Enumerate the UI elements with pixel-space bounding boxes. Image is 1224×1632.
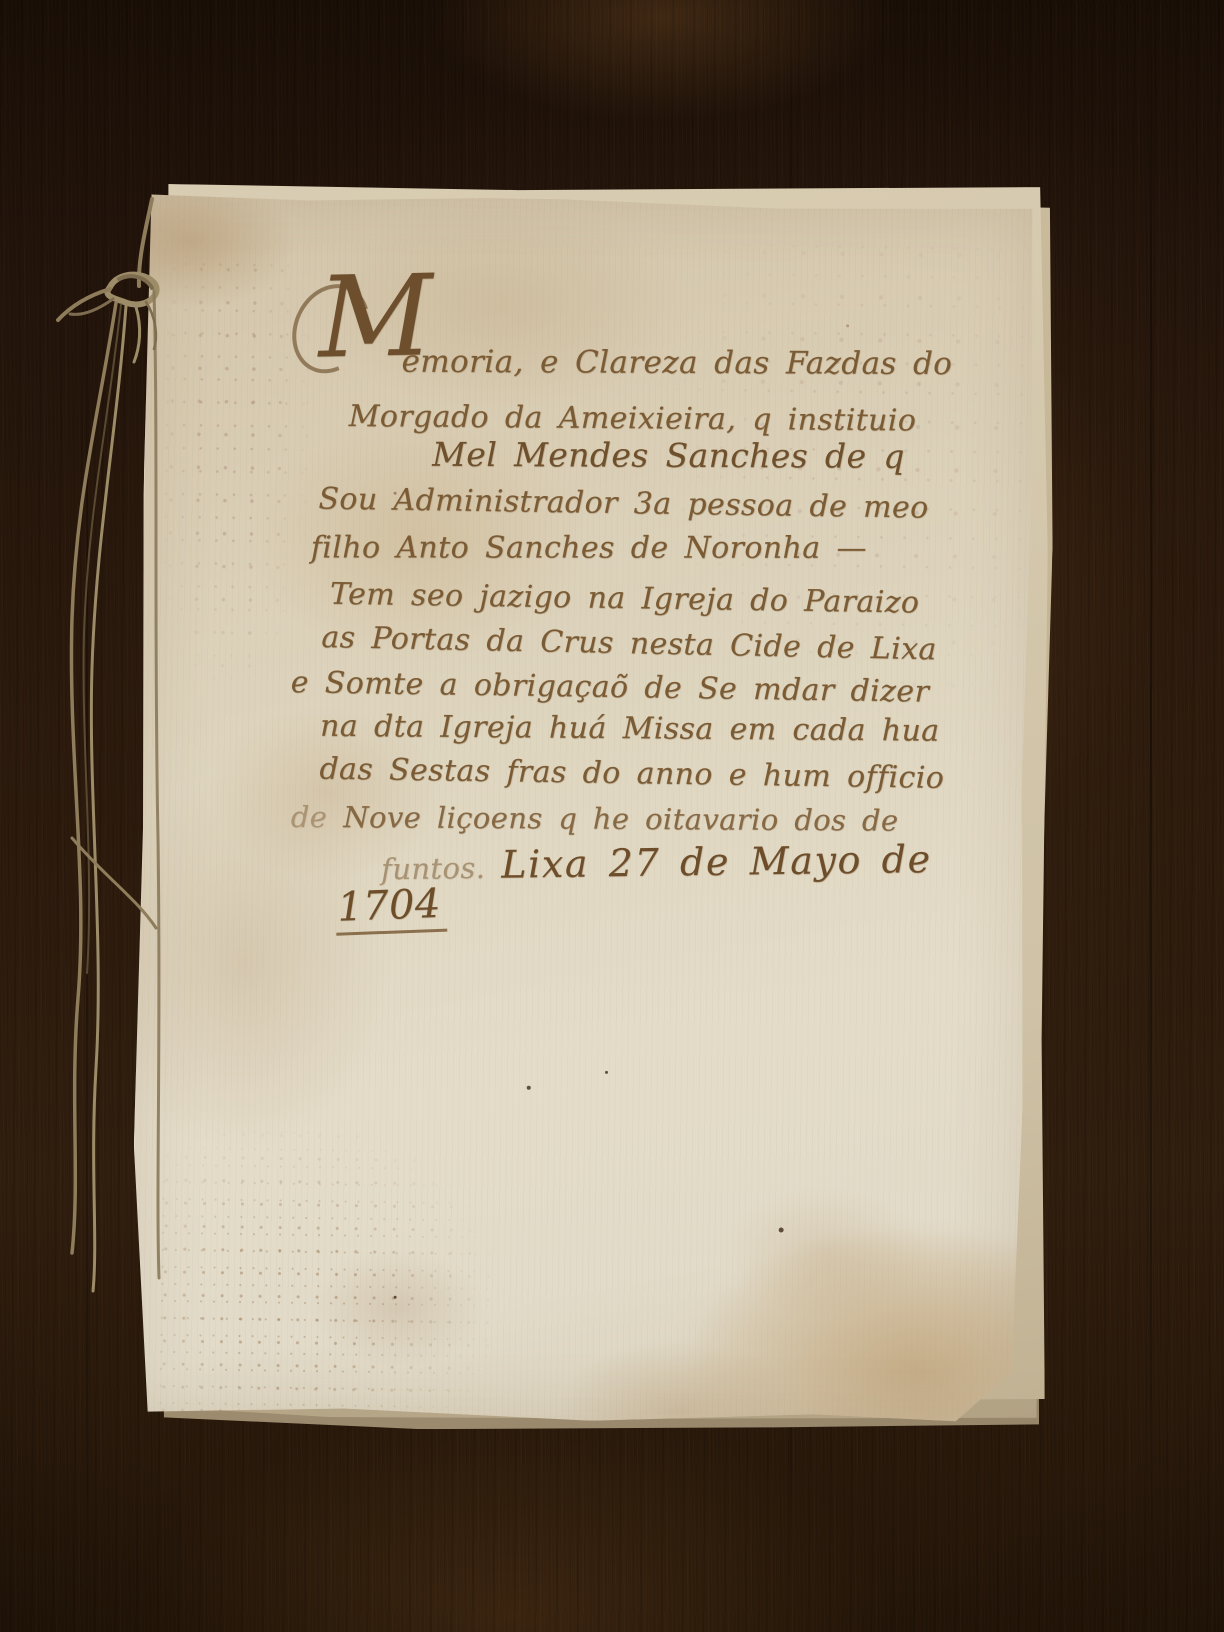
ink-speck [394, 1296, 397, 1299]
ink-speck [779, 1227, 784, 1232]
faded-word: de [291, 800, 328, 834]
manuscript-line-2: Morgado da Ameixieira, q instituio [349, 400, 917, 439]
twine-knot [107, 275, 156, 305]
manuscript-year: 1704 [334, 881, 447, 936]
manuscript-line-11: deNove liçoens q he oitavario dos de [291, 801, 899, 838]
manuscript-line-7: as Portas da Crus nesta Cide de Lixa [321, 621, 937, 668]
twine-strand [72, 838, 156, 928]
twine-strand [154, 291, 159, 1278]
manuscript-line-6: Tem seo jazigo na Igreja do Paraizo [330, 578, 920, 621]
manuscript-date-line: funtos.Lixa 27 de Mayo de [381, 838, 932, 889]
manuscript-line-1: emoria, e Clareza das Fazdas do [401, 345, 952, 383]
ink-speck [846, 324, 849, 327]
manuscript-line-11-text: Nove liçoens q he oitavario dos de [343, 800, 898, 837]
twine-strand [91, 306, 126, 1291]
dateline-place-date: Lixa 27 de Mayo de [501, 837, 932, 887]
manuscript-line-8: e Somte a obrigaçaõ de Se mdar dizer [290, 666, 929, 710]
manuscript-line-10: das Sestas fras do anno e hum officio [319, 753, 944, 797]
ink-speck [527, 1086, 531, 1090]
manuscript-cover-page: M emoria, e Clareza das Fazdas do Morgad… [130, 192, 1036, 1427]
manuscript-line-4: Sou Administrador 3a pessoa de meo [318, 483, 929, 527]
binding-twine [18, 183, 228, 1313]
manuscript-booklet: M emoria, e Clareza das Fazdas do Morgad… [140, 180, 1090, 1440]
wood-seam [1150, 0, 1152, 1632]
ink-speck [605, 1071, 608, 1074]
photo-of-manuscript: M emoria, e Clareza das Fazdas do Morgad… [0, 0, 1224, 1632]
manuscript-line-9: na dta Igreja huá Missa em cada hua [320, 710, 940, 749]
twine-strand [134, 307, 140, 362]
manuscript-line-3: Mel Mendes Sanches de q [432, 436, 905, 476]
manuscript-line-5: filho Anto Sanches de Noronha — [311, 531, 867, 566]
